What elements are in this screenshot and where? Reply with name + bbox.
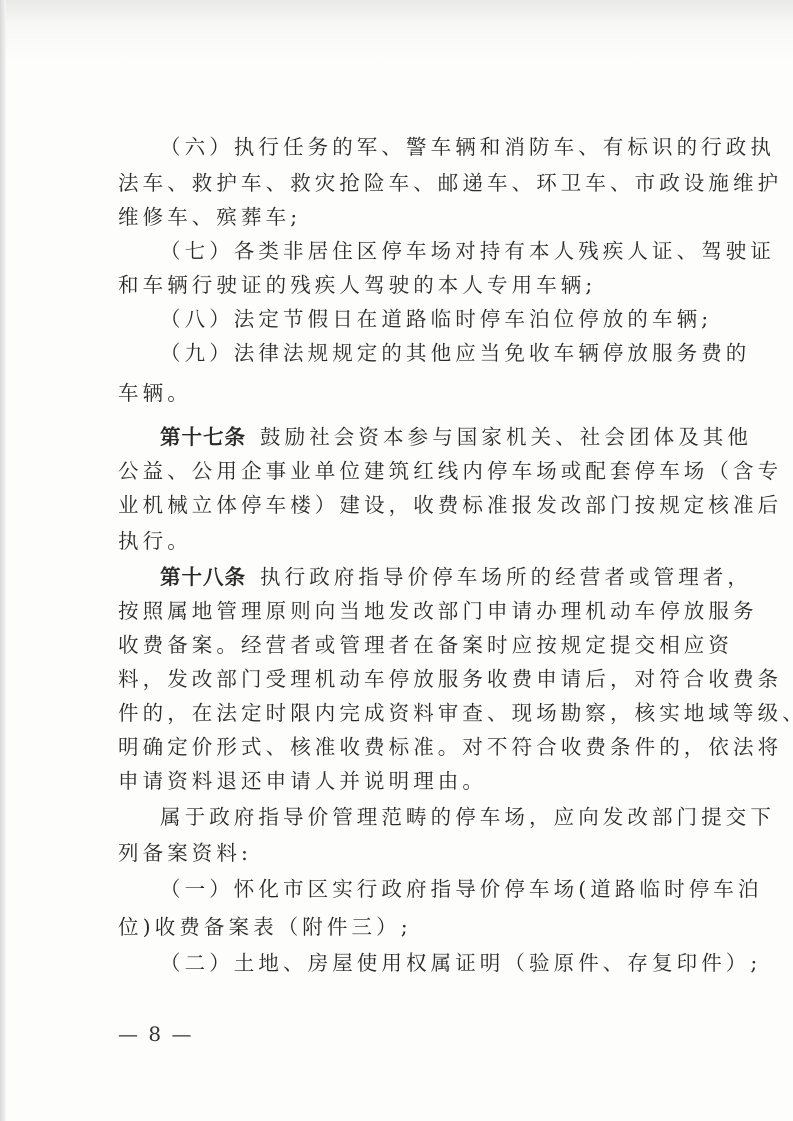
text-line: （七）各类非居住区停车场对持有本人残疾人证、驾驶证 (160, 238, 775, 264)
line-text: 料，发改部门受理机动车停放服务收费申请后，对符合收费条 (118, 667, 782, 691)
text-line: （八）法定节假日在道路临时停车泊位停放的车辆; (160, 306, 712, 332)
line-text: 车辆。 (118, 381, 192, 405)
text-line: （六）执行任务的军、警车辆和消防车、有标识的行政执 (160, 134, 775, 160)
line-text: 属于政府指导价管理范畴的停车场，应向发改部门提交下 (160, 805, 775, 829)
line-text: （一）怀化市区实行政府指导价停车场(道路临时停车泊 (160, 877, 763, 901)
line-text: 明确定价形式、核准收费标准。对不符合收费条件的，依法将 (118, 735, 782, 759)
line-text: 执行政府指导价停车场所的经营者或管理者， (260, 565, 752, 589)
line-text: 位)收费备案表（附件三）; (118, 915, 412, 939)
text-line: 法车、救护车、救灾抢险车、邮递车、环卫车、市政设施维护 (118, 170, 782, 196)
article-paragraph-line: 第十八条执行政府指导价停车场所的经营者或管理者， (160, 564, 752, 590)
text-line: （一）怀化市区实行政府指导价停车场(道路临时停车泊 (160, 876, 763, 902)
line-text: 件的，在法定时限内完成资料审查、现场勘察，核实地域等级、 (118, 701, 793, 725)
page-number: — 8 — (118, 1022, 193, 1046)
scan-shadow-top (0, 0, 793, 60)
text-line: 明确定价形式、核准收费标准。对不符合收费条件的，依法将 (118, 734, 782, 760)
text-line: 收费备案。经营者或管理者在备案时应按规定提交相应资 (118, 632, 733, 658)
text-line: 和车辆行驶证的残疾人驾驶的本人专用车辆; (118, 272, 596, 298)
line-text: 申请资料退还申请人并说明理由。 (118, 769, 487, 793)
text-line: （九）法律法规规定的其他应当免收车辆停放服务费的 (160, 340, 750, 366)
line-text: 鼓励社会资本参与国家机关、社会团体及其他 (260, 425, 752, 449)
text-line: 执行。 (118, 528, 192, 554)
text-line: 件的，在法定时限内完成资料审查、现场勘察，核实地域等级、 (118, 700, 793, 726)
line-text: 和车辆行驶证的残疾人驾驶的本人专用车辆; (118, 273, 596, 297)
text-line: 申请资料退还申请人并说明理由。 (118, 768, 487, 794)
line-text: 法车、救护车、救灾抢险车、邮递车、环卫车、市政设施维护 (118, 171, 782, 195)
line-text: 维修车、殡葬车; (118, 205, 301, 229)
line-text: （八）法定节假日在道路临时停车泊位停放的车辆; (160, 307, 712, 331)
line-text: 收费备案。经营者或管理者在备案时应按规定提交相应资 (118, 633, 733, 657)
article-paragraph-line: 第十七条鼓励社会资本参与国家机关、社会团体及其他 (160, 424, 752, 450)
text-line: 属于政府指导价管理范畴的停车场，应向发改部门提交下 (160, 804, 775, 830)
text-line: 业机械立体停车楼）建设，收费标准报发改部门按规定核准后 (118, 492, 782, 518)
text-line: 位)收费备案表（附件三）; (118, 914, 412, 940)
text-line: 维修车、殡葬车; (118, 204, 301, 230)
line-text: （二）土地、房屋使用权属证明（验原件、存复印件）; (160, 951, 761, 975)
article-heading: 第十七条 (160, 425, 246, 449)
text-line: 列备案资料: (118, 840, 252, 866)
scan-shadow-left (0, 0, 6, 1121)
text-line: 料，发改部门受理机动车停放服务收费申请后，对符合收费条 (118, 666, 782, 692)
line-text: （九）法律法规规定的其他应当免收车辆停放服务费的 (160, 341, 750, 365)
text-line: 公益、公用企事业单位建筑红线内停车场或配套停车场（含专 (118, 458, 782, 484)
line-text: （七）各类非居住区停车场对持有本人残疾人证、驾驶证 (160, 239, 775, 263)
text-line: （二）土地、房屋使用权属证明（验原件、存复印件）; (160, 950, 761, 976)
text-line: 按照属地管理原则向当地发改部门申请办理机动车停放服务 (118, 598, 758, 624)
text-line: 车辆。 (118, 380, 192, 406)
line-text: 按照属地管理原则向当地发改部门申请办理机动车停放服务 (118, 599, 758, 623)
article-heading: 第十八条 (160, 565, 246, 589)
line-text: 业机械立体停车楼）建设，收费标准报发改部门按规定核准后 (118, 493, 782, 517)
line-text: 执行。 (118, 529, 192, 553)
line-text: 公益、公用企事业单位建筑红线内停车场或配套停车场（含专 (118, 459, 782, 483)
line-text: （六）执行任务的军、警车辆和消防车、有标识的行政执 (160, 135, 775, 159)
line-text: 列备案资料: (118, 841, 252, 865)
